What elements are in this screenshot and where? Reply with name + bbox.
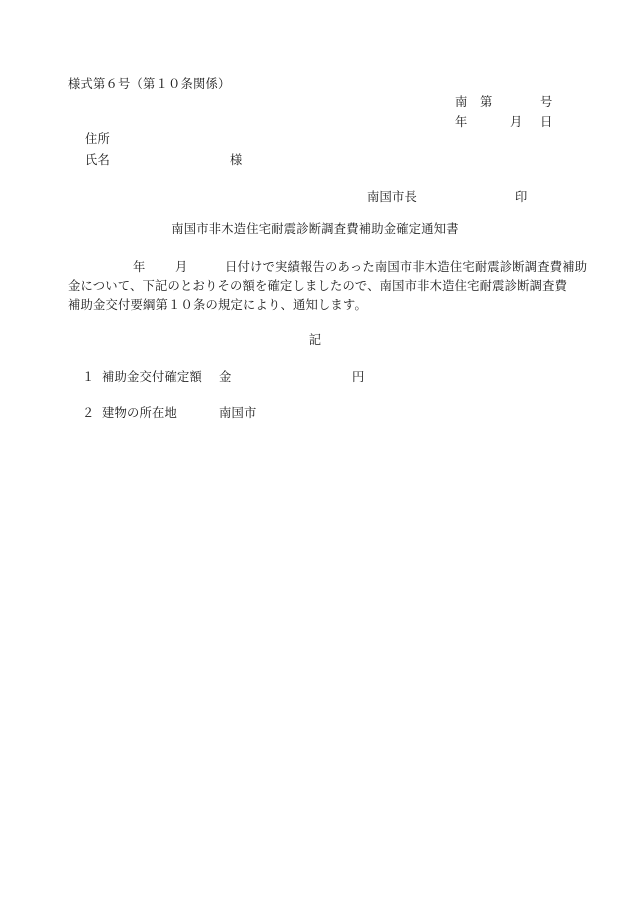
item1-amount-prefix: 金 — [219, 369, 232, 385]
issuer-seal-mark: 印 — [515, 189, 528, 205]
body-line2-text: 金について、下記のとおりその額を確定しましたので、南国市非木造住宅耐震診断調査費 — [68, 278, 567, 294]
date-year-label: 年 — [455, 114, 468, 130]
recipient-address-label: 住所 — [85, 131, 110, 147]
document-page: 様式第６号（第１０条関係） 南 第 号 年 月 日 住所 氏名 様 南国市長 印… — [0, 0, 630, 903]
body-month-blank: 月 — [175, 259, 188, 275]
body-line1-text: 日付けで実績報告のあった南国市非木造住宅耐震診断調査費補助 — [225, 259, 587, 275]
item1-label: 補助金交付確定額 — [102, 369, 202, 385]
issuer-name: 南国市長 — [367, 189, 417, 205]
ki-heading: 記 — [0, 332, 630, 348]
form-number: 様式第６号（第１０条関係） — [68, 76, 230, 92]
doc-number-region: 南 — [455, 94, 468, 110]
date-day-label: 日 — [540, 114, 553, 130]
body-line3-text: 補助金交付要綱第１０条の規定により、通知します。 — [68, 297, 367, 313]
item2-number: ２ — [82, 405, 95, 421]
doc-number-suffix: 号 — [540, 94, 553, 110]
item2-value: 南国市 — [219, 405, 257, 421]
item1-amount-unit: 円 — [352, 369, 365, 385]
recipient-name-label: 氏名 — [85, 152, 110, 168]
document-title: 南国市非木造住宅耐震診断調査費補助金確定通知書 — [0, 221, 630, 237]
recipient-honorific: 様 — [230, 152, 243, 168]
item2-label: 建物の所在地 — [102, 405, 177, 421]
item1-number: １ — [82, 369, 95, 385]
body-year-blank: 年 — [133, 259, 146, 275]
doc-number-label: 第 — [480, 94, 493, 110]
date-month-label: 月 — [510, 114, 523, 130]
